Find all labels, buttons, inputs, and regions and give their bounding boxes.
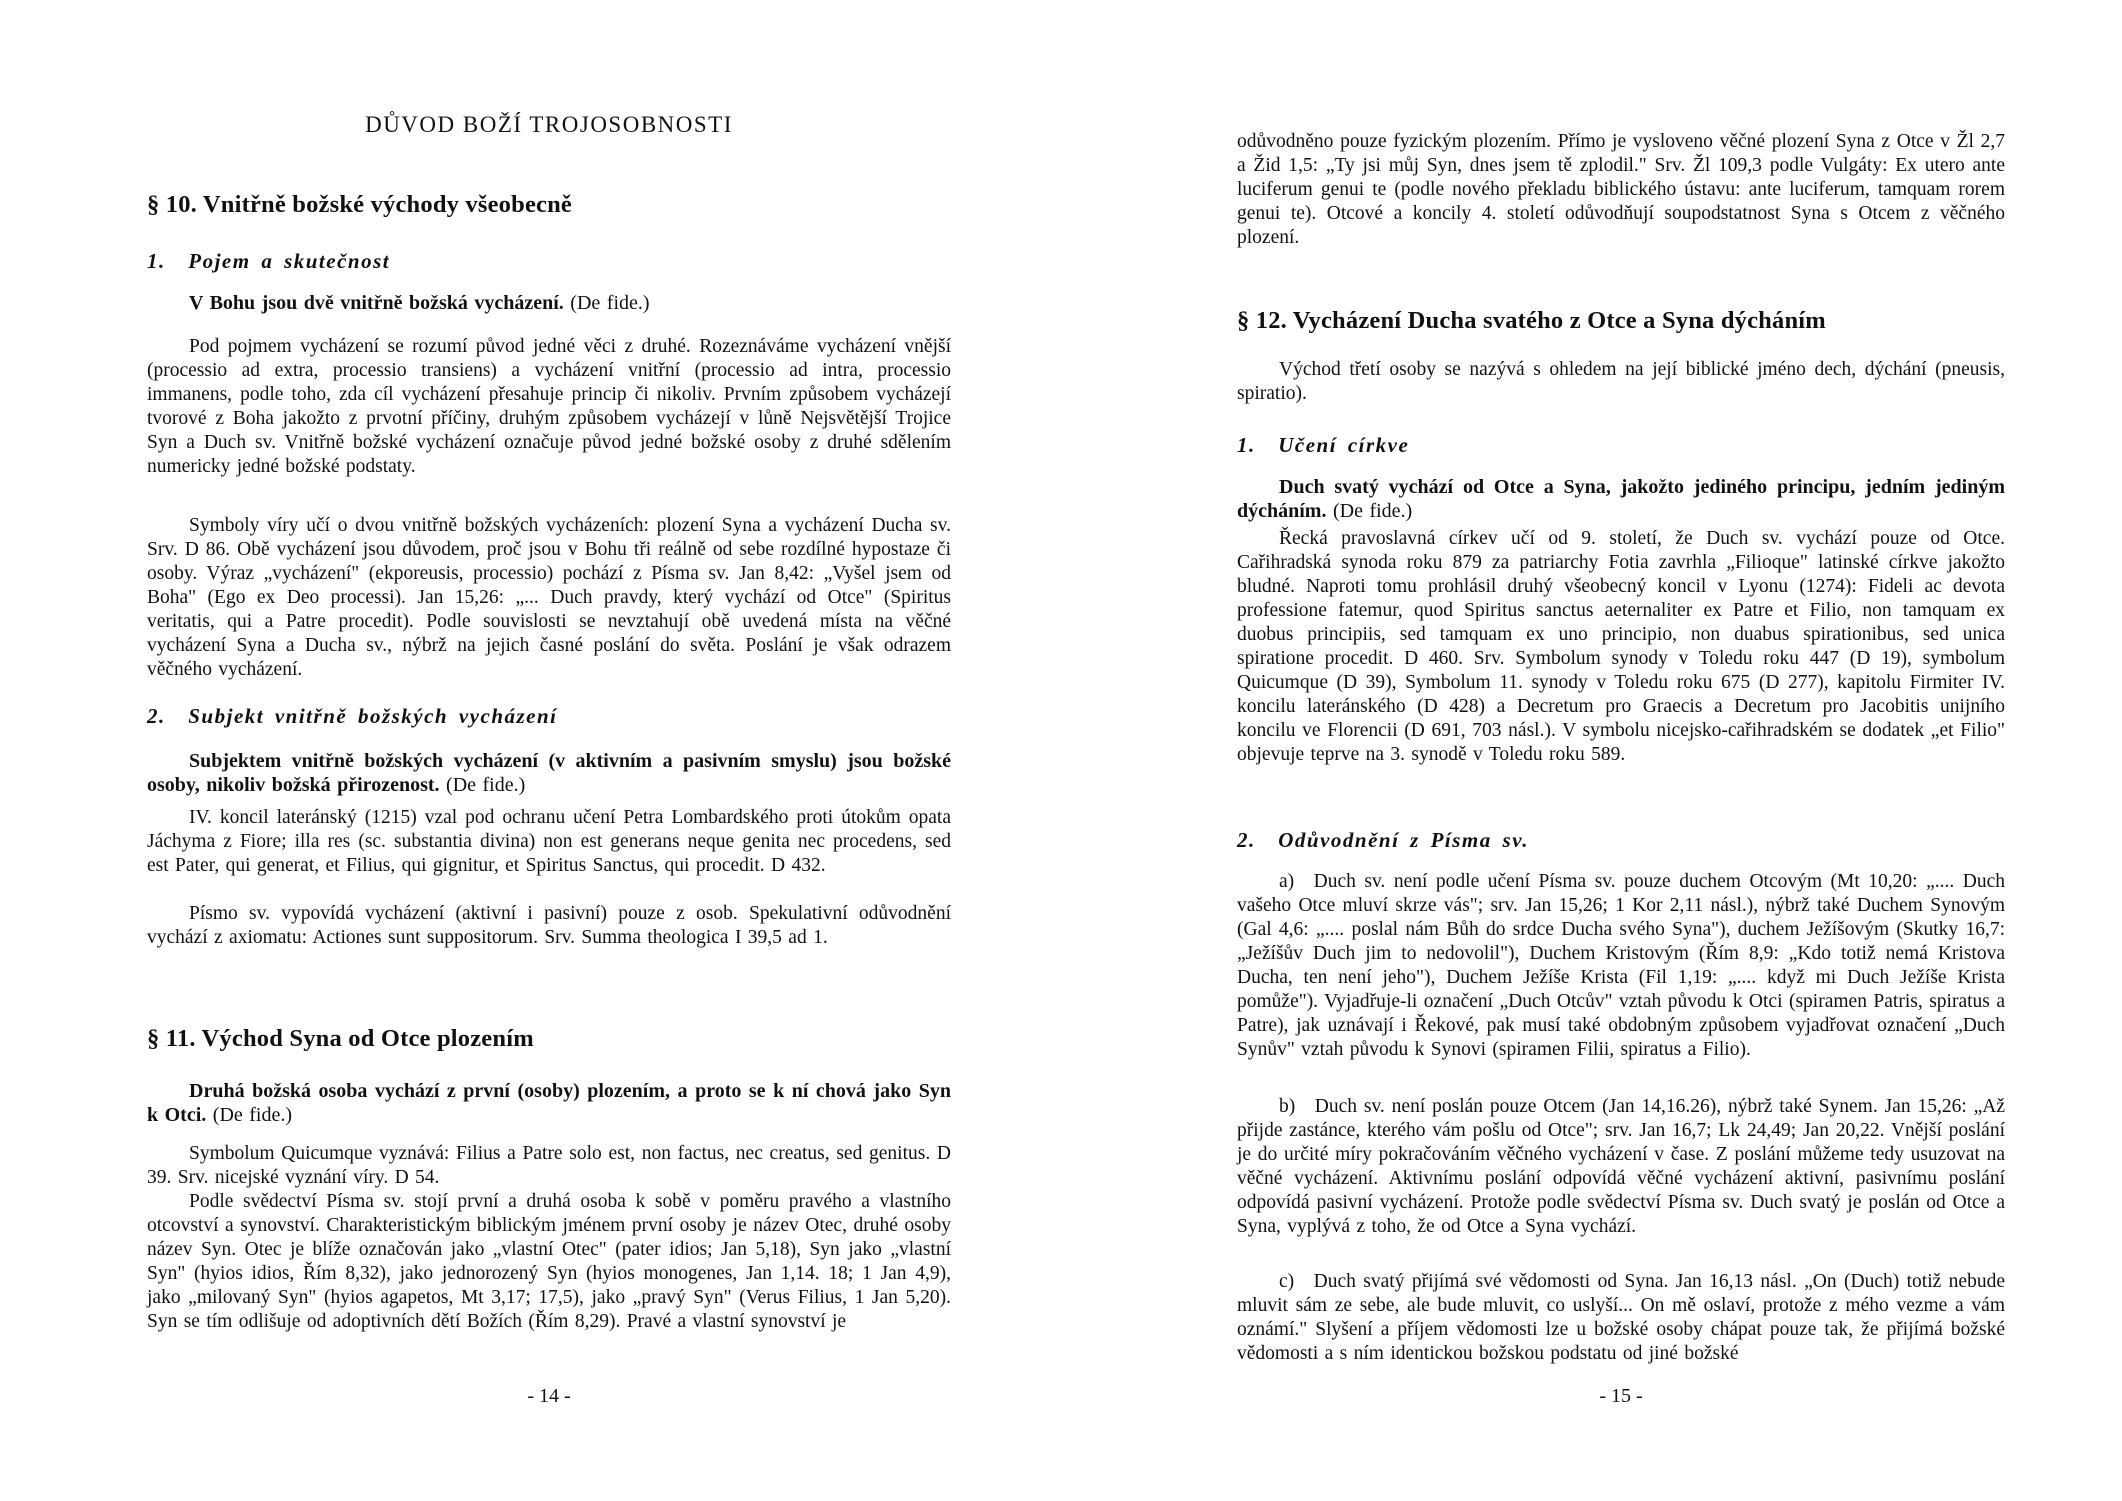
section-heading-12-2: 2. Odůvodnění z Písma sv. xyxy=(1237,827,2005,854)
body-paragraph: Pod pojmem vycházení se rozumí původ jed… xyxy=(147,335,951,479)
doctrine-qualifier-text: (De fide.) xyxy=(570,292,649,314)
body-paragraph: IV. koncil lateránský (1215) vzal pod oc… xyxy=(147,806,951,878)
section-heading-10-1: 1. Pojem a skutečnost xyxy=(147,248,951,275)
body-paragraph: Východ třetí osoby se nazývá s ohledem n… xyxy=(1237,358,2005,406)
body-paragraph: Symbolum Quicumque vyznává: Filius a Pat… xyxy=(147,1142,951,1190)
section-heading-10-2: 2. Subjekt vnitřně božských vycházení xyxy=(147,703,951,730)
doctrine-statement-text: V Bohu jsou dvě vnitřně božská vycházení… xyxy=(189,292,564,314)
page-14: DŮVOD BOŽÍ TROJOSOBNOSTI§ 10. Vnitřně bo… xyxy=(147,0,951,1501)
body-paragraph: Řecká pravoslavná církev učí od 9. stole… xyxy=(1237,527,2005,767)
body-paragraph-c: c) Duch svatý přijímá své vědomosti od S… xyxy=(1237,1270,2005,1366)
book-part-title: DŮVOD BOŽÍ TROJOSOBNOSTI xyxy=(147,110,951,140)
page-15: odůvodněno pouze fyzickým plozením. Přím… xyxy=(1237,0,2005,1501)
doctrine-lead-12-1: Duch svatý vychází od Otce a Syna, jakož… xyxy=(1237,475,2005,523)
body-paragraph-a: a) Duch sv. není podle učení Písma sv. p… xyxy=(1237,870,2005,1062)
doctrine-qualifier-text: (De fide.) xyxy=(213,1104,292,1126)
chapter-heading-11: § 11. Východ Syna od Otce plozením xyxy=(147,1024,951,1054)
body-paragraph-continued: odůvodněno pouze fyzickým plozením. Přím… xyxy=(1237,130,2005,250)
chapter-heading-12: § 12. Vycházení Ducha svatého z Otce a S… xyxy=(1237,306,2005,336)
book-spread: DŮVOD BOŽÍ TROJOSOBNOSTI§ 10. Vnitřně bo… xyxy=(0,0,2122,1501)
doctrine-lead-11: Druhá božská osoba vychází z první (osob… xyxy=(147,1079,951,1127)
body-paragraph: Podle svědectví Písma sv. stojí první a … xyxy=(147,1190,951,1334)
body-paragraph-b: b) Duch sv. není poslán pouze Otcem (Jan… xyxy=(1237,1095,2005,1239)
body-paragraph: Písmo sv. vypovídá vycházení (aktivní i … xyxy=(147,902,951,950)
doctrine-lead-10-1: V Bohu jsou dvě vnitřně božská vycházení… xyxy=(147,291,951,315)
doctrine-statement-text: Subjektem vnitřně božských vycházení (v … xyxy=(147,750,951,796)
doctrine-lead-10-2: Subjektem vnitřně božských vycházení (v … xyxy=(147,749,951,797)
doctrine-qualifier-text: (De fide.) xyxy=(1333,500,1412,522)
page-number: - 14 - xyxy=(147,1384,951,1408)
page-number: - 15 - xyxy=(1237,1384,2005,1408)
section-heading-12-1: 1. Učení církve xyxy=(1237,432,2005,459)
chapter-heading-10: § 10. Vnitřně božské východy všeobecně xyxy=(147,190,951,220)
body-paragraph: Symboly víry učí o dvou vnitřně božských… xyxy=(147,514,951,682)
doctrine-qualifier-text: (De fide.) xyxy=(446,774,525,796)
